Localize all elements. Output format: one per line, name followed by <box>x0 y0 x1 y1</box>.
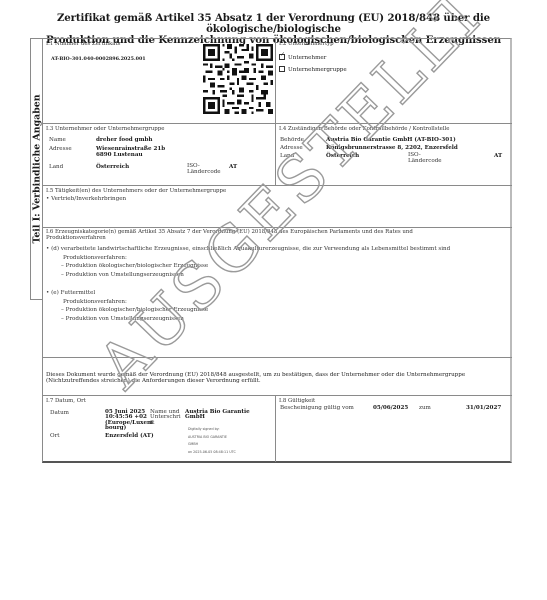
operator-iso-code: AT <box>229 164 237 170</box>
iso-label-2: Ländercode <box>408 159 442 165</box>
option-label: Unternehmer <box>288 55 326 61</box>
checkbox-unchecked-icon[interactable] <box>279 66 285 72</box>
to-label: zum <box>419 405 431 411</box>
statement-line-2: (Nichtzutreffendes streichen) die Anford… <box>46 378 465 384</box>
digital-signature-line: AUSTRIA BIO GARANTIE <box>188 434 236 442</box>
checkbox-checked-icon[interactable] <box>279 54 285 60</box>
qr-code-icon <box>203 43 273 115</box>
address-label: Adresse <box>49 146 72 152</box>
digital-signature-line: GMBH <box>188 441 236 449</box>
signature-label-line: Unterschri <box>150 415 181 420</box>
valid-from: 05/06/2025 <box>373 405 408 411</box>
option-label: Unternehmergruppe <box>288 67 347 73</box>
date-line: bourg) <box>105 426 153 431</box>
signature-label: Name und Unterschri ft <box>150 410 181 426</box>
valid-label: Bescheinigung gültig vom <box>280 405 354 411</box>
place-label: Ort <box>50 433 60 439</box>
name-label: Name <box>49 137 66 143</box>
signature-label-line: ft <box>150 421 181 426</box>
section-header: I.8 Gültigkeit <box>279 398 315 404</box>
side-label-text: Teil I: Verbindliche Angaben <box>32 94 43 243</box>
activity-item: • Vertrieb/Inverkehrbringen <box>46 195 126 204</box>
iso-label-2: Ländercode <box>187 170 221 176</box>
signature-name-line: GmbH <box>185 415 250 420</box>
authority-iso-code: AT <box>494 153 502 159</box>
operator-name: dreher food gmbh <box>96 137 152 143</box>
address-line-2: 6890 Lustenau <box>96 152 165 158</box>
certificate-number: AT-BIO-301.040-0002896.2025.001 <box>51 56 146 62</box>
section-header: I.1 Nummer des Zertifikats <box>46 41 120 47</box>
section-1-7-date-place: I.7 Datum, Ort Datum 05 Juni 2025 10:45:… <box>43 396 276 462</box>
section-1-1-certificate-number: I.1 Nummer des Zertifikats AT-BIO-301.04… <box>43 39 276 124</box>
iso-label: ISO- Ländercode <box>408 153 442 164</box>
signature-name: Austria Bio Garantie GmbH <box>185 410 250 421</box>
digital-signature-line: on 2025-06-05 08:48:11 UTC <box>188 449 236 457</box>
date-label: Datum <box>50 410 69 416</box>
section-1-3-operator: I.3 Unternehmer oder Unternehmergruppe N… <box>43 124 276 186</box>
section-header: I.2 Unternehmertyp <box>279 41 334 47</box>
section-1-8-validity: I.8 Gültigkeit Bescheinigung gültig vom … <box>276 396 512 462</box>
option-unternehmer[interactable]: Unternehmer <box>279 54 326 61</box>
date-value: 05 Juni 2025 10:45:56 +02 (Europe/Luxem … <box>105 410 153 432</box>
section-header: I.7 Datum, Ort <box>46 398 86 404</box>
section-header: I.5 Tätigkeit(en) des Unternehmers oder … <box>46 188 226 194</box>
option-unternehmergruppe[interactable]: Unternehmergruppe <box>279 66 347 73</box>
place-value: Enzersfeld (AT) <box>105 433 154 439</box>
valid-to: 31/01/2027 <box>466 405 501 411</box>
operator-country: Österreich <box>96 164 129 170</box>
digital-signature-line: Digitally signed by: <box>188 426 236 434</box>
operator-address: Wiesenrainstraße 21b 6890 Lustenau <box>96 146 165 158</box>
iso-label: ISO- Ländercode <box>187 164 221 175</box>
digital-signature: Digitally signed by: AUSTRIA BIO GARANTI… <box>188 426 236 456</box>
country-label: Land <box>49 164 63 170</box>
section-header: I.3 Unternehmer oder Unternehmergruppe <box>46 126 164 132</box>
